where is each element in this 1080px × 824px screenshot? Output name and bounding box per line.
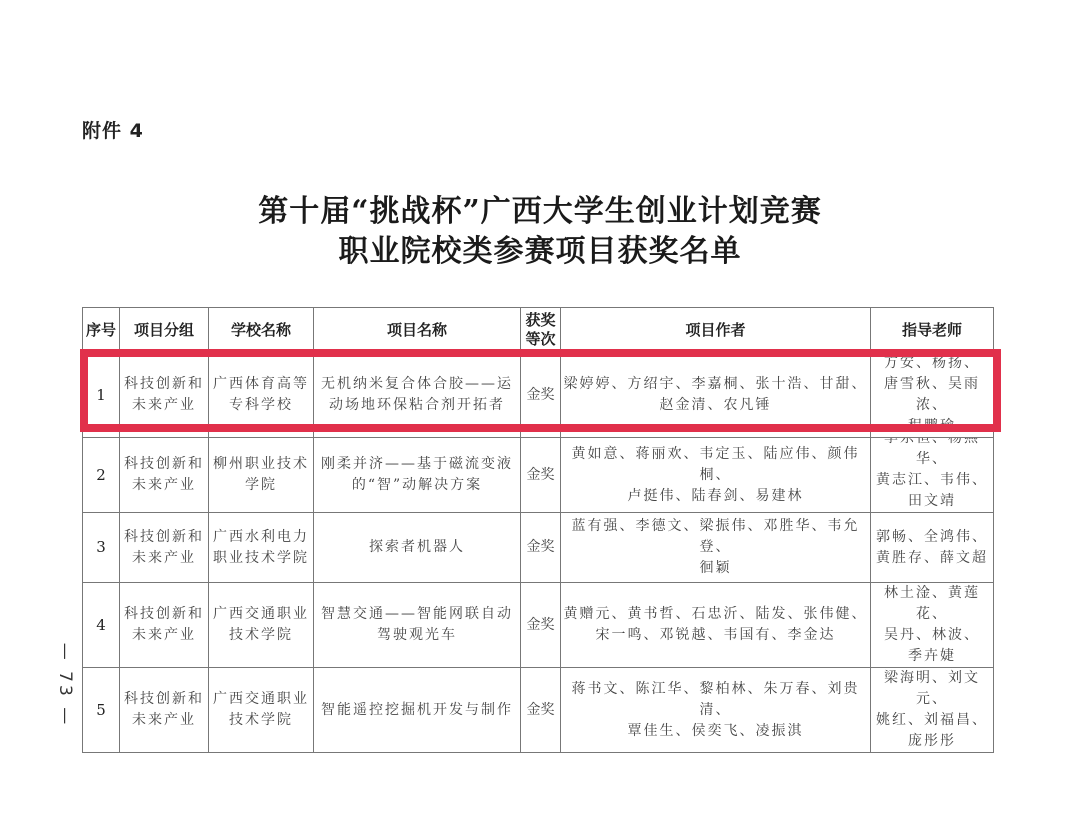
cell-no: 1	[83, 353, 120, 438]
cell-advisors: 郭畅、全鸿伟、 黄胜存、薛文超	[871, 513, 994, 583]
header-project: 项目名称	[314, 308, 521, 353]
cell-no: 2	[83, 438, 120, 513]
table-row: 3 科技创新和 未来产业 广西水利电力 职业技术学院 探索者机器人 金奖 蓝有强…	[83, 513, 994, 583]
cell-authors: 黄赠元、黄书哲、石忠沂、陆发、张伟健、 宋一鸣、邓锐越、韦国有、李金达	[561, 583, 871, 668]
cell-project: 无机纳米复合体合胶——运 动场地环保粘合剂开拓者	[314, 353, 521, 438]
cell-group: 科技创新和 未来产业	[120, 583, 209, 668]
cell-school: 广西水利电力 职业技术学院	[209, 513, 314, 583]
award-list-table: 序号 项目分组 学校名称 项目名称 获奖 等次 项目作者 指导老师 1 科技创新…	[82, 307, 994, 753]
table-header-row: 序号 项目分组 学校名称 项目名称 获奖 等次 项目作者 指导老师	[83, 308, 994, 353]
cell-no: 3	[83, 513, 120, 583]
cell-school: 广西交通职业 技术学院	[209, 668, 314, 753]
cell-school: 柳州职业技术 学院	[209, 438, 314, 513]
page-number-text: — 73 —	[55, 643, 75, 727]
cell-authors: 黄如意、蒋丽欢、韦定玉、陆应伟、颜伟桐、 卢挺伟、陆春剑、易建林	[561, 438, 871, 513]
cell-project: 智能遥控挖掘机开发与制作	[314, 668, 521, 753]
header-advisors: 指导老师	[871, 308, 994, 353]
cell-project: 刚柔并济——基于磁流变液 的“智”动解决方案	[314, 438, 521, 513]
table-row: 4 科技创新和 未来产业 广西交通职业 技术学院 智慧交通——智能网联自动 驾驶…	[83, 583, 994, 668]
cell-authors: 蒋书文、陈江华、黎柏林、朱万春、刘贵清、 覃佳生、侯奕飞、凌振淇	[561, 668, 871, 753]
header-school: 学校名称	[209, 308, 314, 353]
cell-award: 金奖	[521, 668, 561, 753]
cell-advisors: 林土淦、黄莲花、 吴丹、林波、 季卉婕	[871, 583, 994, 668]
cell-advisors: 李东恒、杨燕华、 黄志江、韦伟、 田文靖	[871, 438, 994, 513]
cell-group: 科技创新和 未来产业	[120, 353, 209, 438]
cell-authors: 蓝有强、李德文、梁振伟、邓胜华、韦允登、 徊颖	[561, 513, 871, 583]
cell-project: 智慧交通——智能网联自动 驾驶观光车	[314, 583, 521, 668]
cell-award: 金奖	[521, 583, 561, 668]
document-title-line-2: 职业院校类参赛项目获奖名单	[0, 226, 1080, 270]
header-no: 序号	[83, 308, 120, 353]
cell-award: 金奖	[521, 513, 561, 583]
table-row: 1 科技创新和 未来产业 广西体育高等 专科学校 无机纳米复合体合胶——运 动场…	[83, 353, 994, 438]
attachment-label: 附件 4	[82, 116, 144, 143]
document-title-line-1: 第十届“挑战杯”广西大学生创业计划竞赛	[0, 186, 1080, 230]
cell-advisors: 方安、杨扬、 唐雪秋、吴雨浓、 程鹏瑜	[871, 353, 994, 438]
cell-award: 金奖	[521, 353, 561, 438]
cell-group: 科技创新和 未来产业	[120, 668, 209, 753]
cell-award: 金奖	[521, 438, 561, 513]
cell-group: 科技创新和 未来产业	[120, 513, 209, 583]
cell-school: 广西体育高等 专科学校	[209, 353, 314, 438]
cell-authors: 梁婷婷、方绍宇、李嘉桐、张十浩、甘甜、 赵金清、农凡锤	[561, 353, 871, 438]
cell-group: 科技创新和 未来产业	[120, 438, 209, 513]
cell-project: 探索者机器人	[314, 513, 521, 583]
table-row: 2 科技创新和 未来产业 柳州职业技术 学院 刚柔并济——基于磁流变液 的“智”…	[83, 438, 994, 513]
header-award: 获奖 等次	[521, 308, 561, 353]
header-authors: 项目作者	[561, 308, 871, 353]
page-number: — 73 —	[40, 640, 90, 730]
cell-advisors: 梁海明、刘文元、 姚红、刘福昌、 庞彤彤	[871, 668, 994, 753]
cell-school: 广西交通职业 技术学院	[209, 583, 314, 668]
table-row: 5 科技创新和 未来产业 广西交通职业 技术学院 智能遥控挖掘机开发与制作 金奖…	[83, 668, 994, 753]
header-group: 项目分组	[120, 308, 209, 353]
